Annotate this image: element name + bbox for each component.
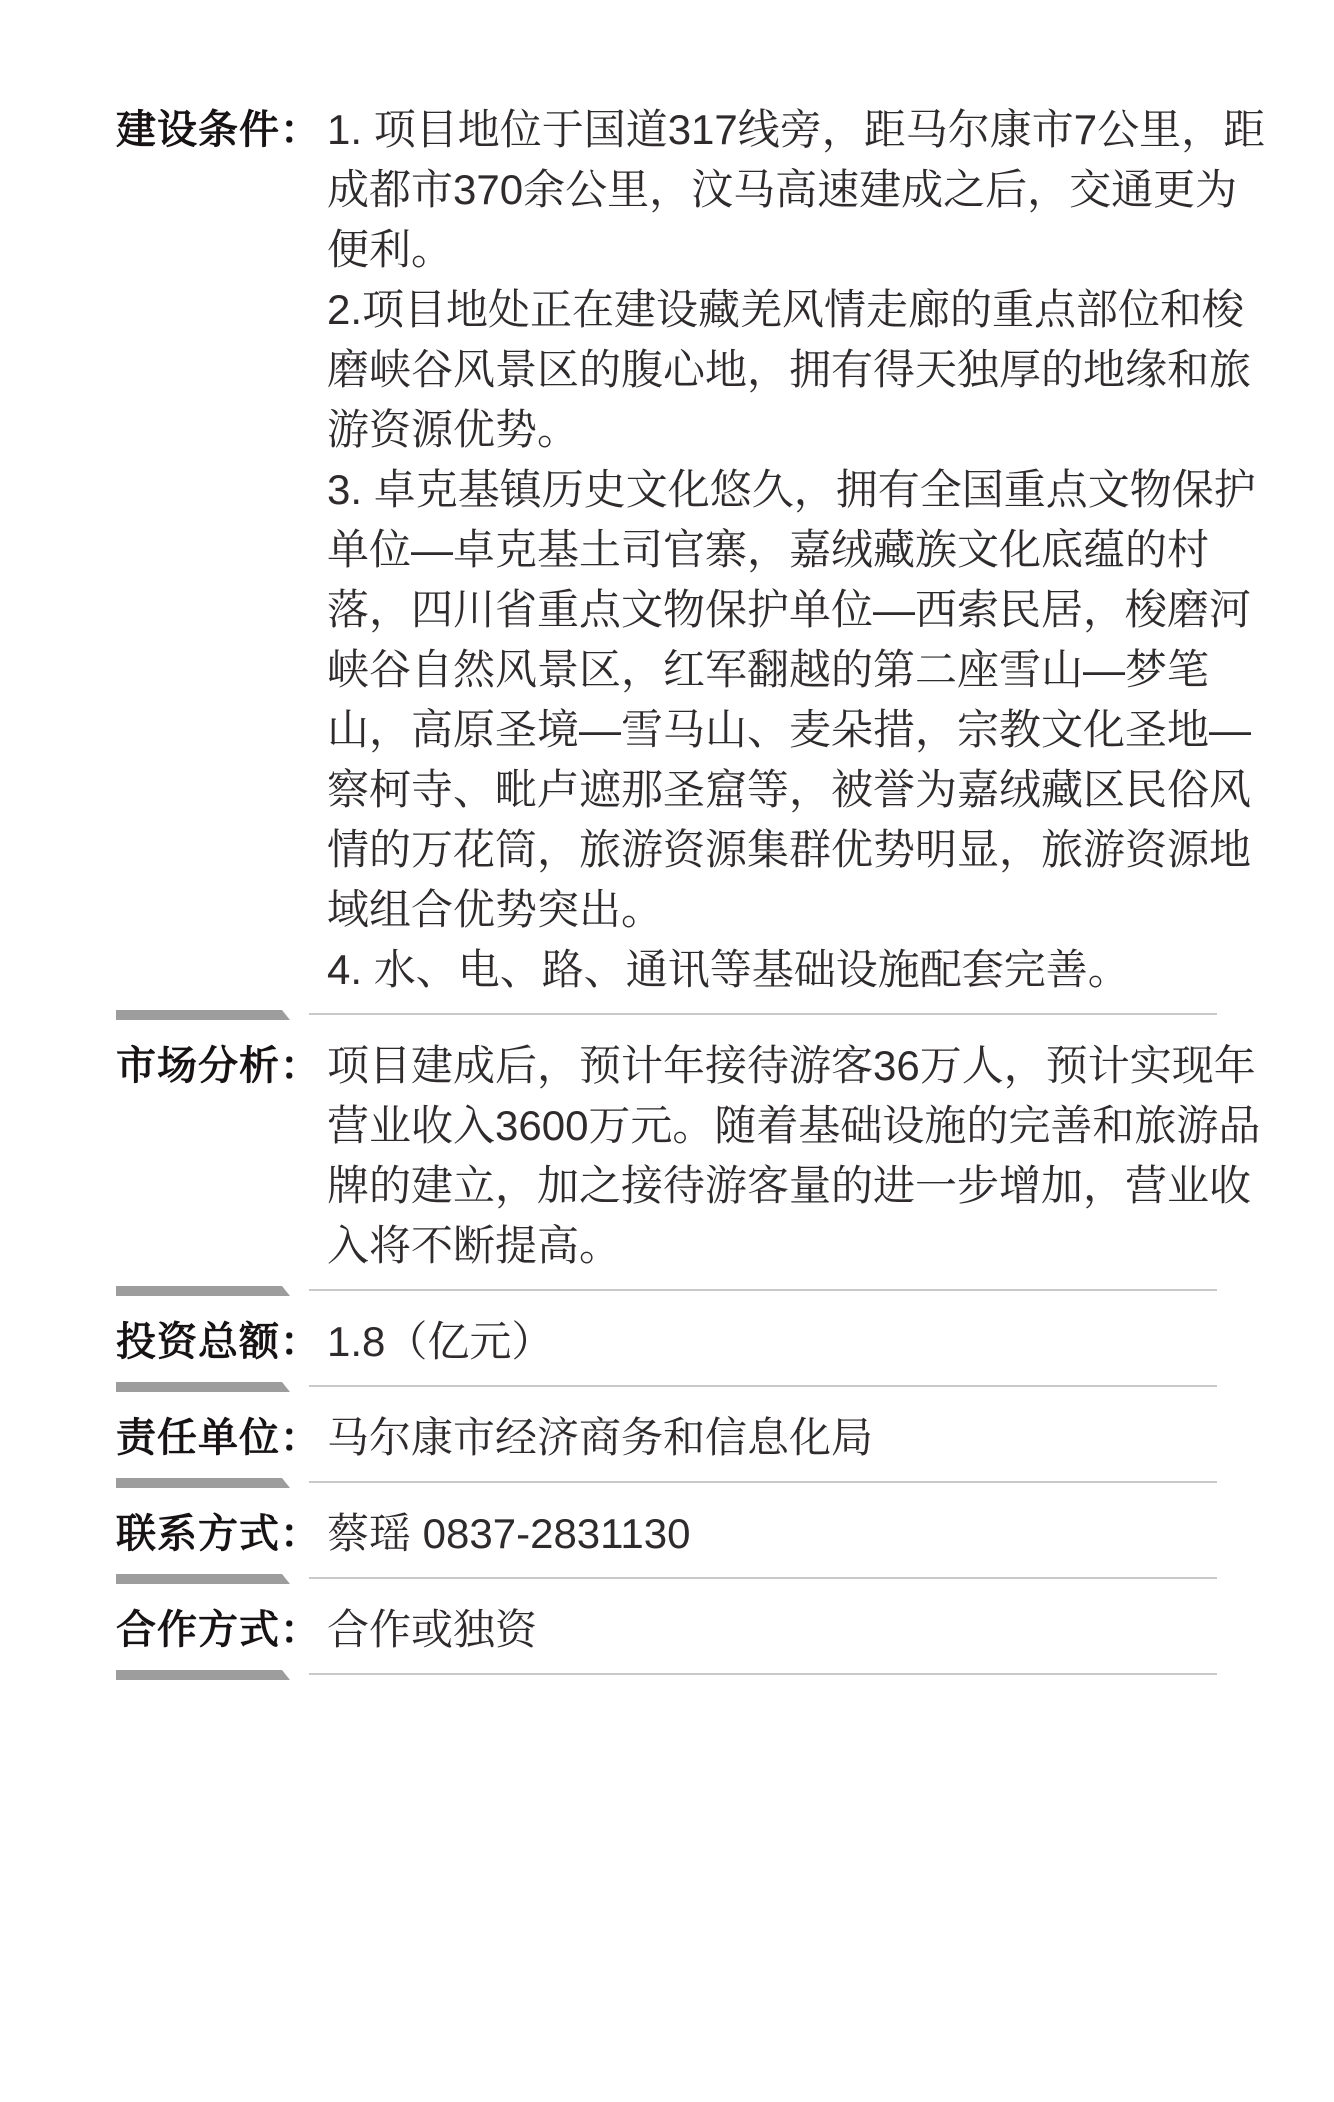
divider-bar	[116, 1478, 290, 1488]
divider-bar	[116, 1670, 290, 1680]
construction-conditions-label: 建设条件：	[116, 100, 327, 160]
divider-line	[309, 1289, 1217, 1291]
divider-line	[309, 1013, 1217, 1015]
construction-conditions-text: 1. 项目地位于国道317线旁，距马尔康市7公里，距 成都市370余公里，汶马高…	[327, 100, 1297, 1000]
divider-bar	[116, 1010, 290, 1020]
responsible-unit-label: 责任单位：	[116, 1408, 327, 1468]
cooperation-method-label: 合作方式：	[116, 1600, 327, 1660]
divider-bar	[116, 1382, 290, 1392]
section-responsible-unit: 责任单位： 马尔康市经济商务和信息化局	[116, 1408, 1334, 1468]
section-divider	[116, 1670, 1217, 1680]
market-analysis-label: 市场分析：	[116, 1036, 327, 1096]
divider-line	[309, 1577, 1217, 1579]
divider-line	[309, 1481, 1217, 1483]
responsible-unit-value: 马尔康市经济商务和信息化局	[327, 1408, 1297, 1468]
contact-info-label: 联系方式：	[116, 1504, 327, 1564]
cooperation-method-value: 合作或独资	[327, 1600, 1297, 1660]
document-page: 建设条件： 1. 项目地位于国道317线旁，距马尔康市7公里，距 成都市370余…	[0, 0, 1334, 1680]
divider-line	[309, 1673, 1217, 1675]
market-analysis-text: 项目建成后，预计年接待游客36万人，预计实现年 营业收入3600万元。随着基础设…	[327, 1036, 1297, 1276]
section-construction-conditions: 建设条件： 1. 项目地位于国道317线旁，距马尔康市7公里，距 成都市370余…	[116, 100, 1334, 1000]
divider-bar	[116, 1286, 290, 1296]
section-total-investment: 投资总额： 1.8（亿元）	[116, 1312, 1334, 1372]
section-divider	[116, 1574, 1217, 1584]
divider-line	[309, 1385, 1217, 1387]
section-cooperation-method: 合作方式： 合作或独资	[116, 1600, 1334, 1660]
section-contact-info: 联系方式： 蔡瑶 0837-2831130	[116, 1504, 1334, 1564]
divider-bar	[116, 1574, 290, 1584]
section-divider	[116, 1010, 1217, 1020]
contact-info-value: 蔡瑶 0837-2831130	[327, 1504, 1297, 1564]
section-divider	[116, 1382, 1217, 1392]
total-investment-value: 1.8（亿元）	[327, 1312, 1297, 1372]
section-market-analysis: 市场分析： 项目建成后，预计年接待游客36万人，预计实现年 营业收入3600万元…	[116, 1036, 1334, 1276]
total-investment-label: 投资总额：	[116, 1312, 327, 1372]
section-divider	[116, 1478, 1217, 1488]
section-divider	[116, 1286, 1217, 1296]
